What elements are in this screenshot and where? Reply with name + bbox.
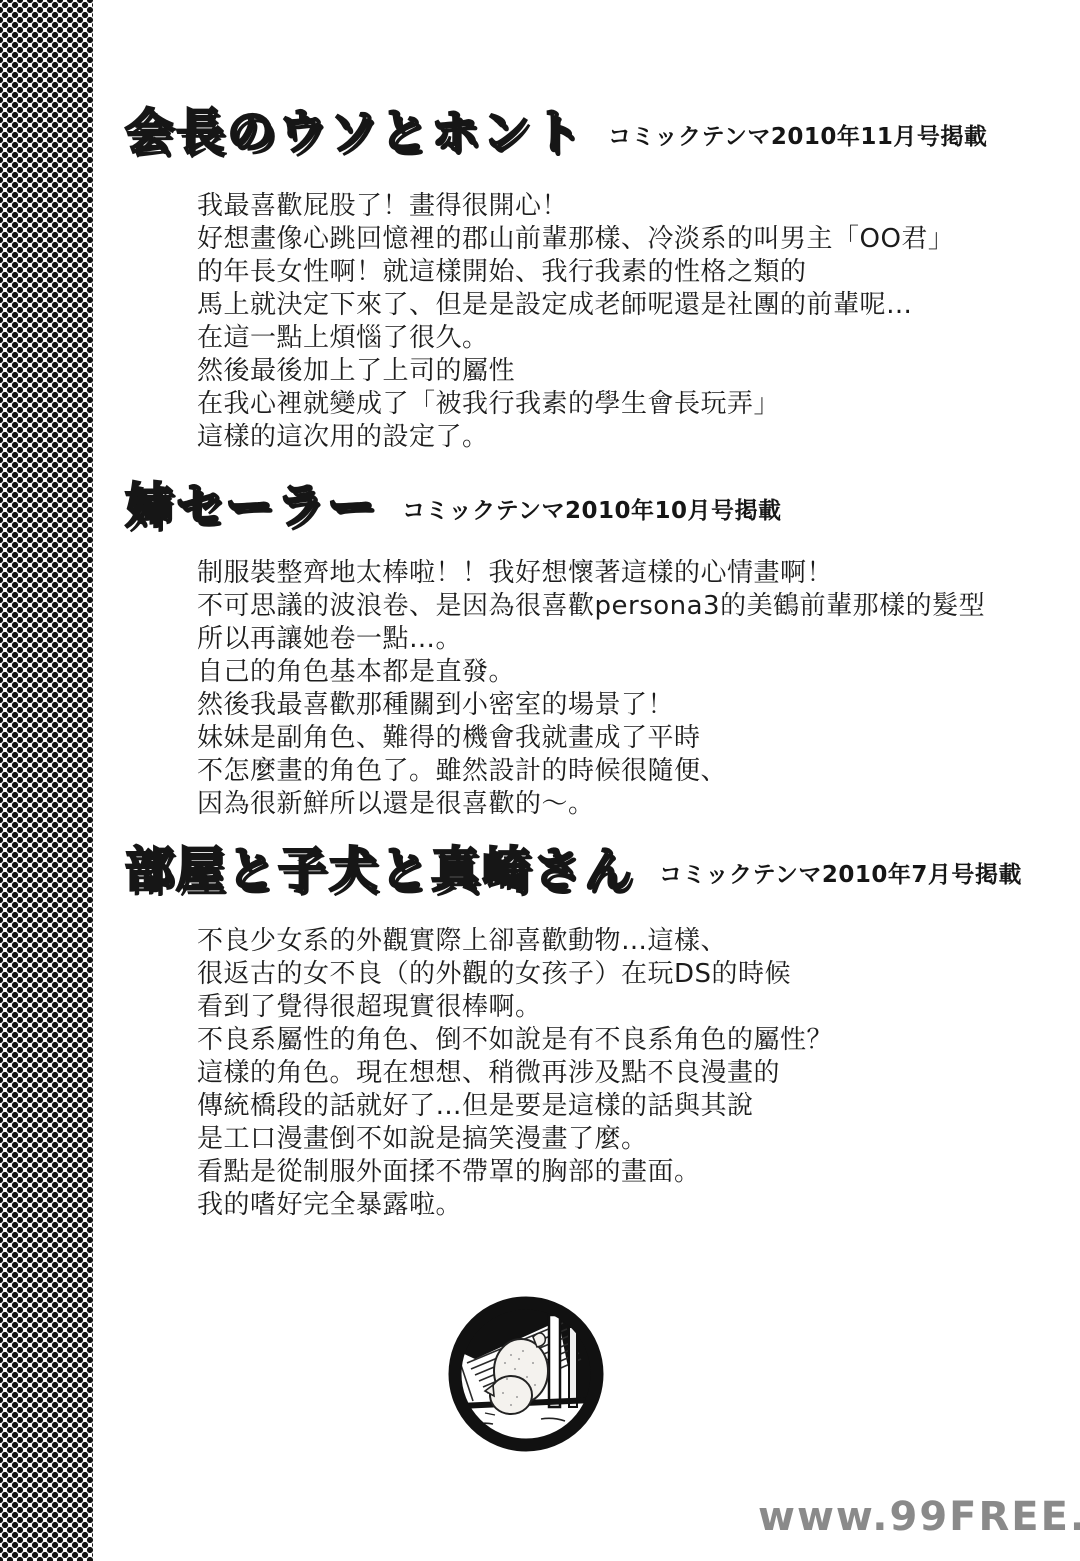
text-line: 好想畫像心跳回憶裡的郡山前輩那樣、冷淡系的叫男主「OO君」	[197, 223, 954, 256]
text-line: 在這一點上煩惱了很久。	[197, 322, 954, 355]
text-line: 的年長女性啊！就這樣開始、我行我素的性格之類的	[197, 256, 954, 289]
section-1-paragraph: 我最喜歡屁股了！畫得很開心！ 好想畫像心跳回憶裡的郡山前輩那樣、冷淡系的叫男主「…	[197, 190, 954, 454]
text-line: 妹妹是副角色、難得的機會我就畫成了平時	[197, 722, 985, 755]
section-1-publication-note: コミックテンマ2010年11月号掲載	[608, 118, 987, 159]
text-line: 看到了覺得很超現實很棒啊。	[197, 991, 833, 1024]
section-1-header: 会長のウソとホント コミックテンマ2010年11月号掲載	[125, 106, 987, 159]
text-line: 不良系屬性的角色、倒不如說是有不良系角色的屬性？	[197, 1024, 833, 1057]
text-line: 自己的角色基本都是直發。	[197, 656, 985, 689]
text-line: 看點是從制服外面揉不帶罩的胸部的畫面。	[197, 1156, 833, 1189]
text-line: 不怎麼畫的角色了。雖然設計的時候很隨便、	[197, 755, 985, 788]
section-3-title: 部屋と子犬と真崎さん	[125, 844, 635, 897]
text-line: 然後我最喜歡那種關到小密室的場景了！	[197, 689, 985, 722]
text-line: 制服裝整齊地太棒啦！！我好想懷著這樣的心情畫啊！	[197, 557, 985, 590]
section-3-header: 部屋と子犬と真崎さん コミックテンマ2010年7月号掲載	[125, 844, 1022, 897]
section-2-header: 姉セーラー コミックテンマ2010年10月号掲載	[125, 480, 782, 533]
puppy-at-porch-stamp-icon	[445, 1293, 607, 1455]
text-line: 然後最後加上了上司的屬性	[197, 355, 954, 388]
text-line: 馬上就決定下來了、但是是設定成老師呢還是社團的前輩呢…	[197, 289, 954, 322]
section-3-publication-note: コミックテンマ2010年7月号掲載	[659, 856, 1022, 897]
text-line: 所以再讓她卷一點…。	[197, 623, 985, 656]
section-3-paragraph: 不良少女系的外觀實際上卻喜歡動物…這樣、 很返古的女不良（的外觀的女孩子）在玩D…	[197, 925, 833, 1222]
text-line: 是工口漫畫倒不如說是搞笑漫畫了麼。	[197, 1123, 833, 1156]
text-line: 在我心裡就變成了「被我行我素的學生會長玩弄」	[197, 388, 954, 421]
section-2-title: 姉セーラー	[125, 480, 378, 533]
watermark-text: www.99FREE.cc	[758, 1494, 1080, 1540]
section-2-publication-note: コミックテンマ2010年10月号掲載	[402, 492, 781, 533]
halftone-dot-strip	[0, 0, 93, 1561]
scanned-afterword-page: 会長のウソとホント コミックテンマ2010年11月号掲載 我最喜歡屁股了！畫得很…	[0, 0, 1080, 1561]
text-line: 這樣的角色。現在想想、稍微再涉及點不良漫畫的	[197, 1057, 833, 1090]
section-1-title: 会長のウソとホント	[125, 106, 584, 159]
text-line: 不良少女系的外觀實際上卻喜歡動物…這樣、	[197, 925, 833, 958]
text-line: 傳統橋段的話就好了…但是要是這樣的話與其說	[197, 1090, 833, 1123]
section-2-paragraph: 制服裝整齊地太棒啦！！我好想懷著這樣的心情畫啊！ 不可思議的波浪卷、是因為很喜歡…	[197, 557, 985, 821]
text-line: 我最喜歡屁股了！畫得很開心！	[197, 190, 954, 223]
text-line: 我的嗜好完全暴露啦。	[197, 1189, 833, 1222]
text-line: 很返古的女不良（的外觀的女孩子）在玩DS的時候	[197, 958, 833, 991]
text-line: 這樣的這次用的設定了。	[197, 421, 954, 454]
text-line: 因為很新鮮所以還是很喜歡的～。	[197, 788, 985, 821]
text-line: 不可思議的波浪卷、是因為很喜歡persona3的美鶴前輩那樣的髮型	[197, 590, 985, 623]
